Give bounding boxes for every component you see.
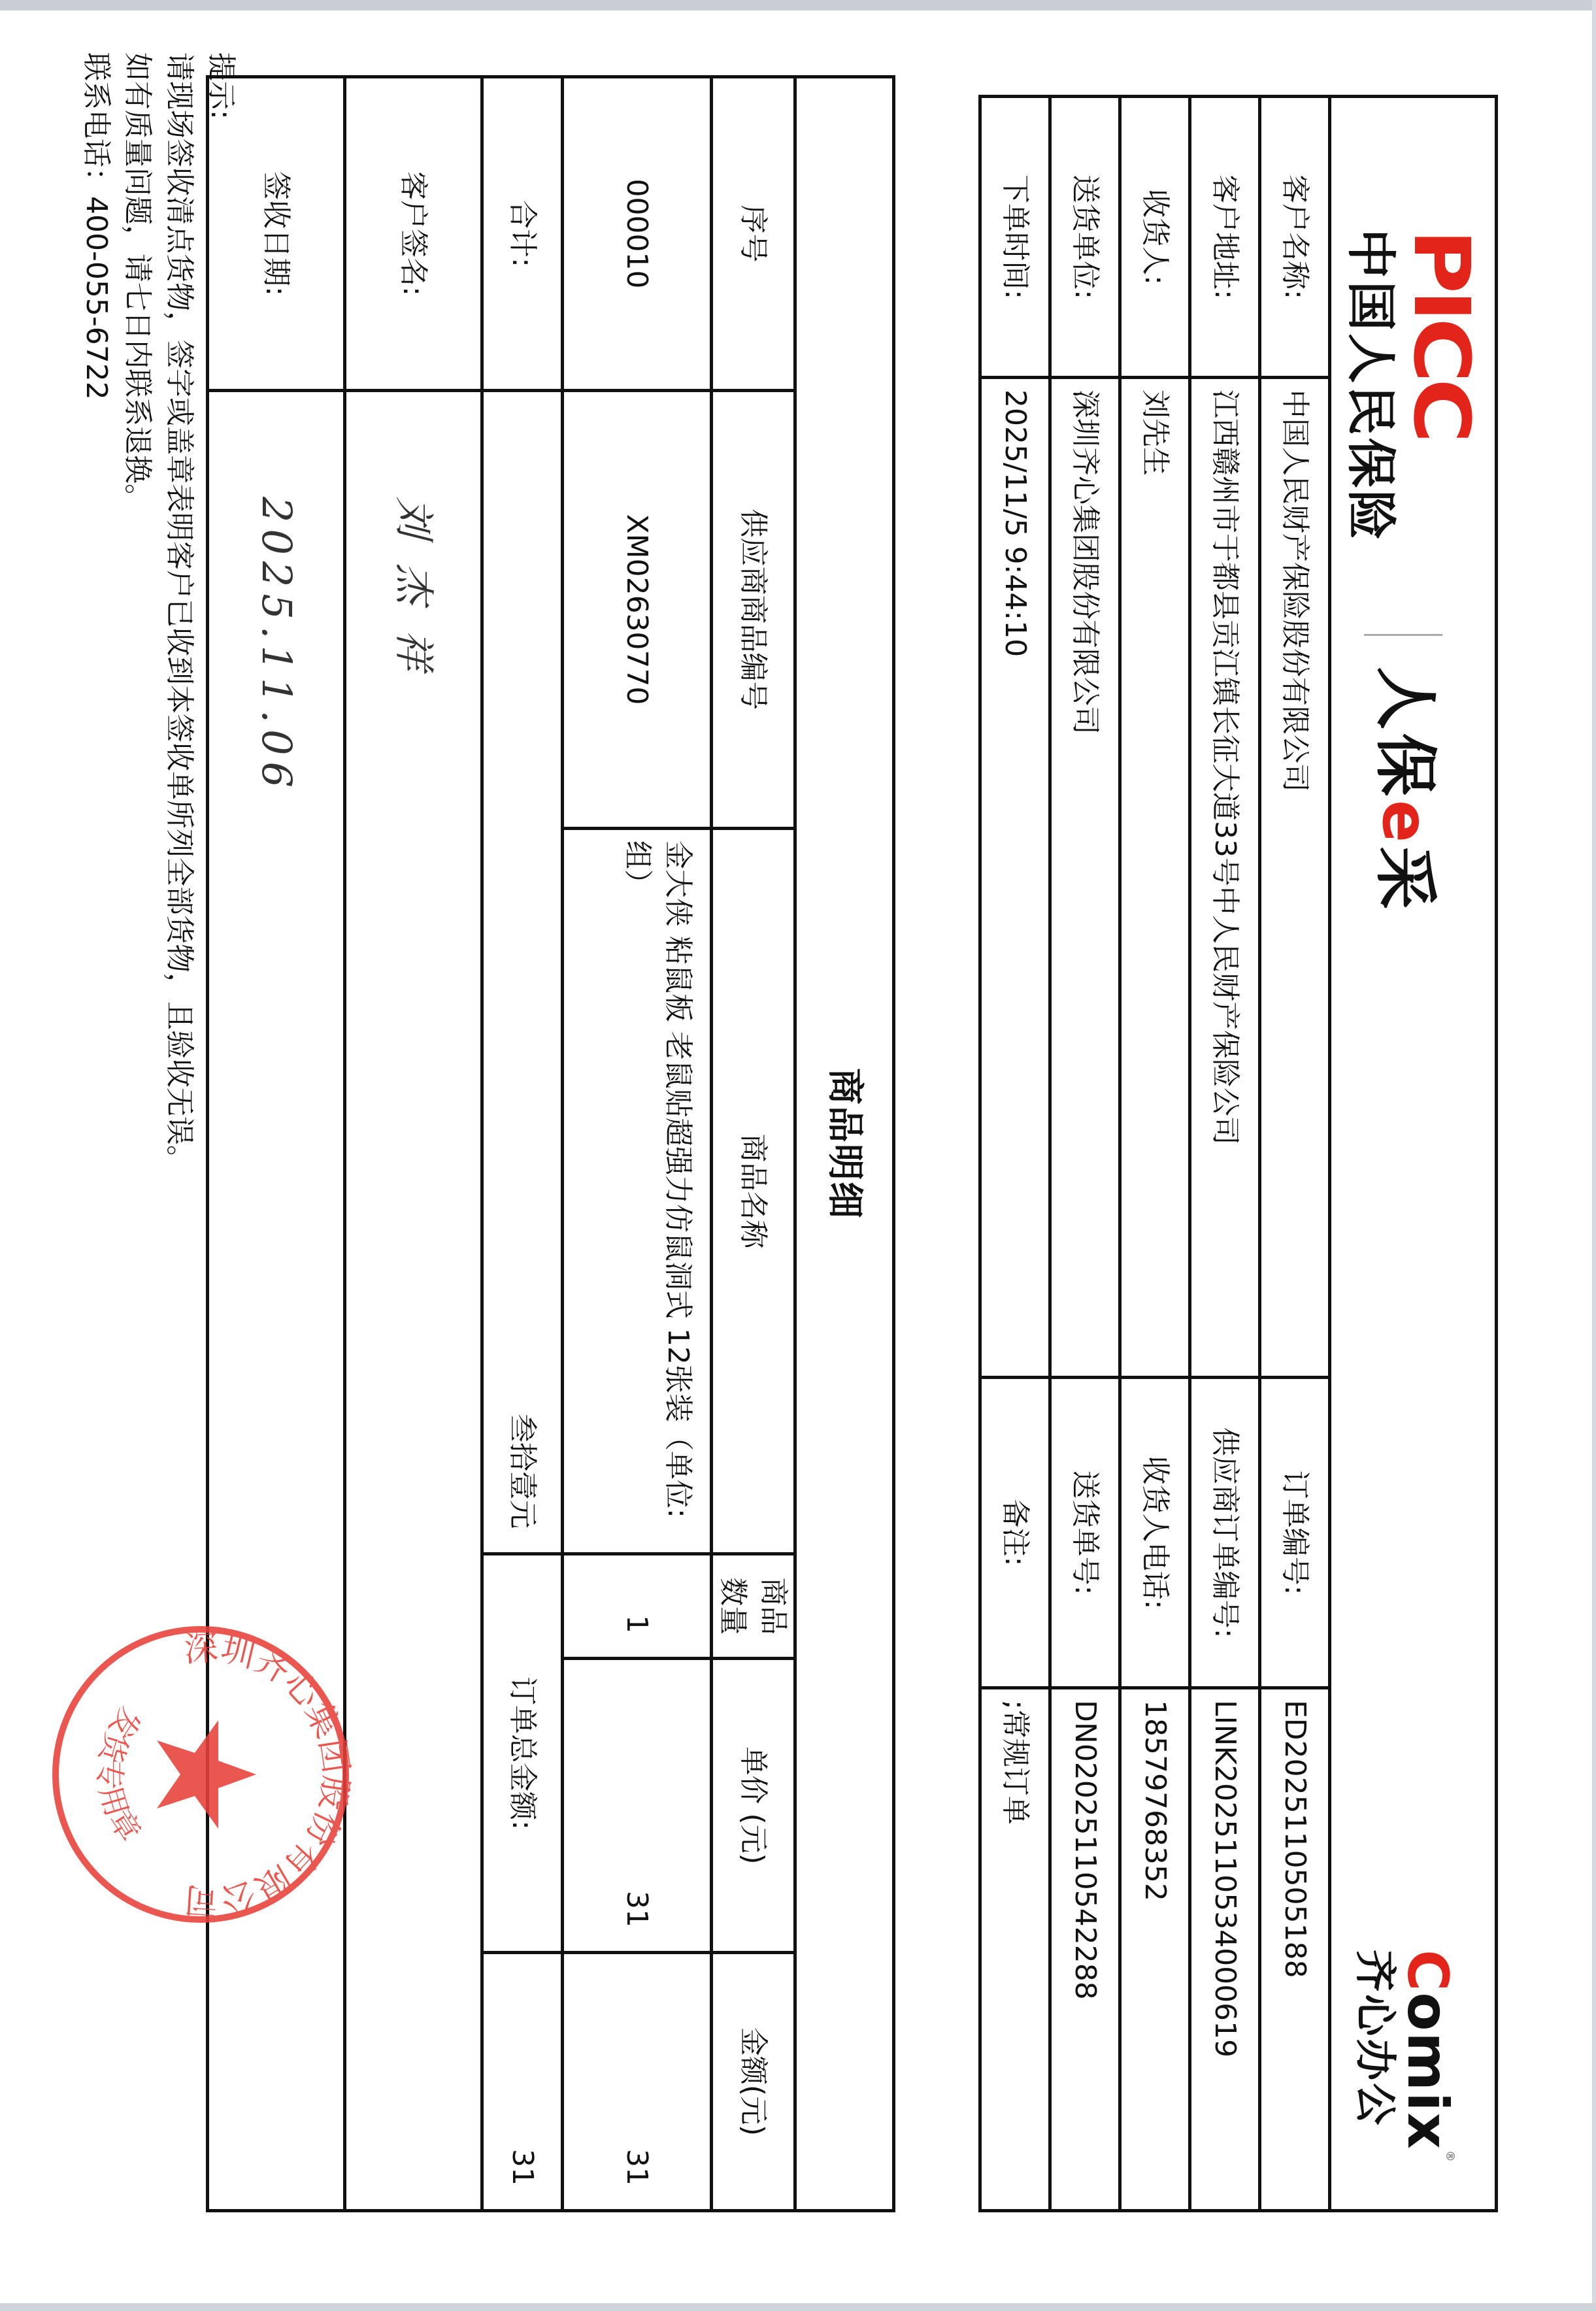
table-row: 000010 XM02630770 金大侠 粘鼠板 老鼠贴超强力仿鼠洞式 12张… <box>562 77 711 2211</box>
delivery-no-value: DN02025110542288 <box>1050 1688 1120 2211</box>
delivery-no-label: 送货单号: <box>1050 1378 1120 1688</box>
product-details-table: 商品明细 序号 供应商商品编号 商品名称 商品数量 单价 (元) 金额(元) 0… <box>206 75 895 2212</box>
logo-divider <box>1364 634 1442 636</box>
delivery-receipt-sheet: PICC 中国人民保险 人保e采 Comix® 齐心办公 客户名称: 中国人民财… <box>0 0 1596 2311</box>
product-title-row: 商品明细 <box>795 77 894 2211</box>
delivery-unit-label: 送货单位: <box>1050 97 1120 378</box>
logo-row: PICC 中国人民保险 人保e采 Comix® 齐心办公 <box>1330 97 1497 2211</box>
comix-logo-chinese: 齐心办公 <box>1349 1950 1399 2163</box>
col-header-unit-price: 单价 (元) <box>711 1659 795 1953</box>
remark-label: 备注: <box>980 1378 1050 1688</box>
item-sku: XM02630770 <box>562 391 711 829</box>
info-row-customer: 客户名称: 中国人民财产保险股份有限公司 订单编号: ED20251105051… <box>1260 97 1330 2211</box>
receiver-phone-value: 18579768352 <box>1120 1688 1190 2211</box>
notes-title: 提示: <box>200 52 242 2144</box>
col-header-name: 商品名称 <box>711 829 795 1554</box>
order-time-label: 下单时间: <box>980 97 1050 378</box>
supplier-order-no-label: 供应商订单编号: <box>1190 1378 1260 1688</box>
info-row-address: 客户地址: 江西赣州市于都县贡江镇长征大道33号中人民财产保险公司 供应商订单编… <box>1190 97 1260 2211</box>
col-header-sku: 供应商商品编号 <box>711 391 795 829</box>
subtotal-label: 合计: <box>482 77 562 391</box>
receiver-label: 收货人: <box>1120 97 1190 378</box>
item-seq: 000010 <box>562 77 711 391</box>
item-name: 金大侠 粘鼠板 老鼠贴超强力仿鼠洞式 12张装（单位:组） <box>562 829 711 1554</box>
remark-value: ;常规订单 <box>980 1688 1050 2211</box>
order-time-value: 2025/11/5 9:44:10 <box>980 378 1050 1378</box>
platform-suffix: 采 <box>1369 846 1442 913</box>
comix-logo: Comix® 齐心办公 <box>1349 1950 1455 2163</box>
info-row-receiver: 收货人: 刘先生 收货人电话: 18579768352 <box>1120 97 1190 2211</box>
supplier-order-no-value: LINK2025110534000619 <box>1190 1688 1260 2211</box>
picc-logo-text: PICC <box>1403 229 1480 439</box>
subtotal-row: 合计: 叁拾壹元 订单总金额: 31 <box>482 77 562 2211</box>
comix-logo-text: Comix® <box>1399 1950 1455 2163</box>
order-info-table: PICC 中国人民保险 人保e采 Comix® 齐心办公 客户名称: 中国人民财… <box>978 95 1498 2212</box>
item-amount: 31 <box>562 1953 711 2211</box>
receiver-phone-label: 收货人电话: <box>1120 1378 1190 1688</box>
info-row-order-time: 下单时间: 2025/11/5 9:44:10 备注: ;常规订单 <box>980 97 1050 2211</box>
receiver-value: 刘先生 <box>1120 378 1190 1378</box>
order-total-value: 31 <box>482 1953 562 2211</box>
notes-line-1: 请现场签收清点货物，签字或盖章表明客户已收到本签收单所列全部货物，且验收无误。 <box>158 52 200 2144</box>
order-no-value: ED2025110505188 <box>1260 1688 1330 2211</box>
customer-signature[interactable]: 刘 杰 祥 <box>344 391 482 2211</box>
delivery-unit-value: 深圳齐心集团股份有限公司 <box>1050 378 1120 1378</box>
platform-logo: 人保e采 <box>1361 667 1449 913</box>
customer-address-label: 客户地址: <box>1190 97 1260 378</box>
order-total-label: 订单总金额: <box>482 1554 562 1953</box>
platform-prefix: 人保 <box>1369 667 1442 800</box>
platform-e: e <box>1369 800 1442 846</box>
product-header-row: 序号 供应商商品编号 商品名称 商品数量 单价 (元) 金额(元) <box>711 77 795 2211</box>
logo-banner: PICC 中国人民保险 人保e采 Comix® 齐心办公 <box>1330 97 1497 2211</box>
info-row-delivery: 送货单位: 深圳齐心集团股份有限公司 送货单号: DN0202511054228… <box>1050 97 1120 2211</box>
picc-logo-chinese: 中国人民保险 <box>1343 229 1398 542</box>
order-no-label: 订单编号: <box>1260 1378 1330 1688</box>
col-header-quantity: 商品数量 <box>711 1554 795 1659</box>
notes-line-3: 联系电话：400-055-6722 <box>75 52 117 2144</box>
notes-line-2: 如有质量问题，请七日内联系退换。 <box>117 52 159 2144</box>
picc-logo: PICC 中国人民保险 <box>1343 229 1480 542</box>
subtotal-in-words: 叁拾壹元 <box>482 391 562 1554</box>
notes: 提示: 请现场签收清点货物，签字或盖章表明客户已收到本签收单所列全部货物，且验收… <box>75 52 242 2144</box>
product-details-title: 商品明细 <box>795 77 894 2211</box>
customer-address-value: 江西赣州市于都县贡江镇长征大道33号中人民财产保险公司 <box>1190 378 1260 1378</box>
col-header-seq: 序号 <box>711 77 795 391</box>
customer-name-value: 中国人民财产保险股份有限公司 <box>1260 378 1330 1378</box>
customer-signature-label: 客户签名: <box>344 77 482 391</box>
item-unit-price: 31 <box>562 1659 711 1953</box>
item-quantity: 1 <box>562 1554 711 1659</box>
signature-row: 客户签名: 刘 杰 祥 <box>344 77 482 2211</box>
customer-name-label: 客户名称: <box>1260 97 1330 378</box>
col-header-amount: 金额(元) <box>711 1953 795 2211</box>
